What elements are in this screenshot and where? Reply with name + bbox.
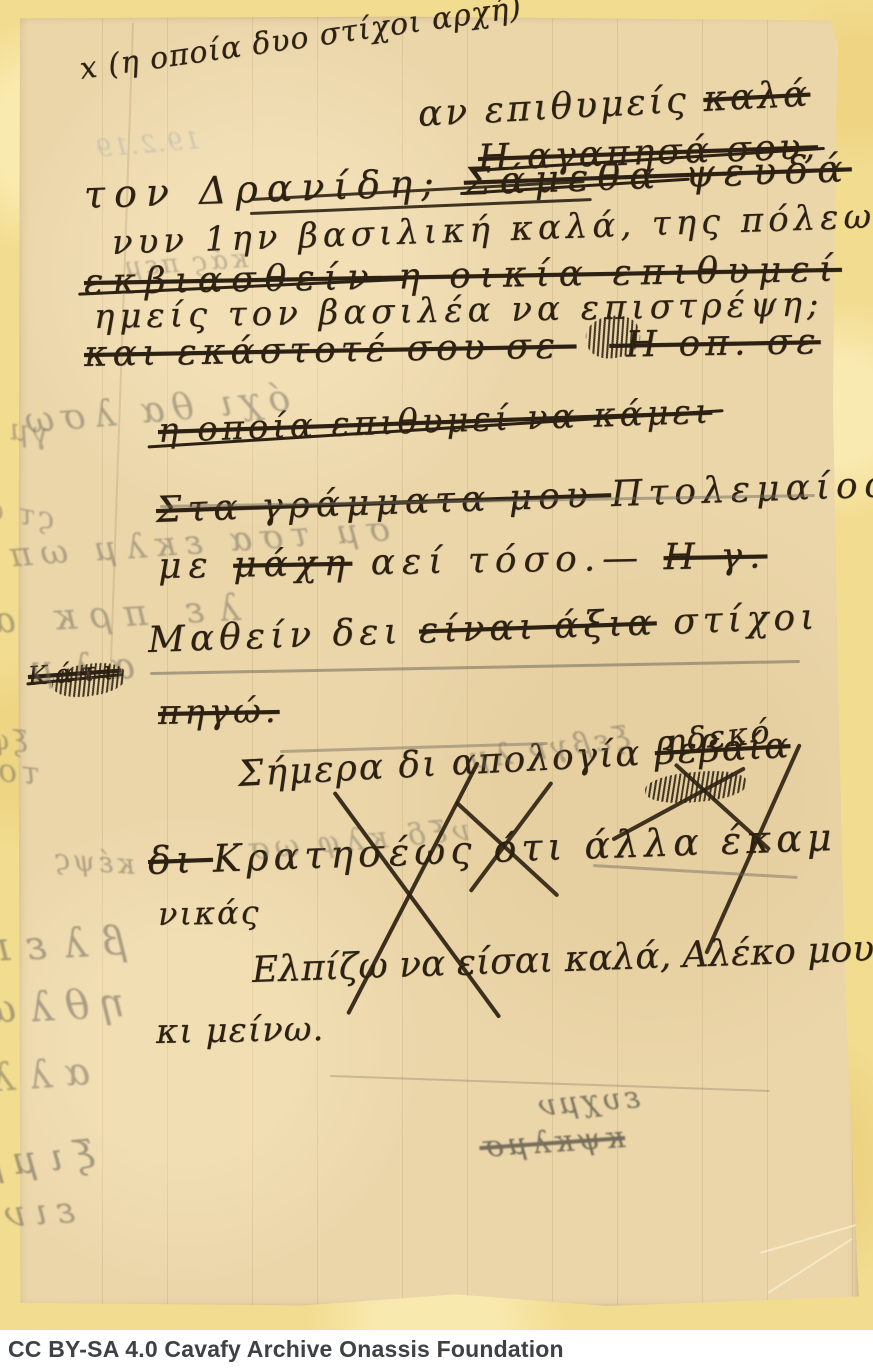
license-caption-bar: CC BY-SA 4.0 Cavafy Archive Onassis Foun… — [0, 1330, 873, 1369]
archive-photograph: x (η οπoία δυο στίχοι αρχή)αν επιθυμείς … — [0, 0, 873, 1369]
handwritten-ink-line: νικάς — [158, 896, 261, 931]
license-caption-text: CC BY-SA 4.0 Cavafy Archive Onassis Foun… — [8, 1336, 564, 1363]
struck-text-segment: Η γ. — [663, 535, 767, 578]
text-segment: κέψς — [51, 842, 136, 881]
text-segment: αεί τόσο.— — [352, 537, 664, 583]
handwritten-ink-line: πηγώ. — [158, 694, 280, 732]
struck-text-segment: ψευδά — [684, 146, 852, 196]
struck-text-segment: δι — [147, 837, 213, 883]
text-segment: νικάς — [158, 893, 261, 933]
struck-text-segment: πηγώ. — [158, 691, 280, 733]
struck-text-segment: Σάμεθα — [463, 155, 685, 203]
struck-text-segment: καλά — [702, 73, 811, 120]
text-segment: κι μείνω. — [156, 1009, 325, 1052]
pencil-bleedthrough-line: κέψς — [51, 844, 136, 879]
text-segment: στίχοι — [656, 597, 820, 644]
struck-text-segment: είναι άξια — [418, 602, 657, 651]
struck-text-segment: και εκάστοτέ σου σε — [84, 325, 577, 375]
handwritten-ink-line: κι μείνω. — [156, 1012, 325, 1051]
struck-text-segment: Η οπ. σε — [609, 321, 821, 366]
